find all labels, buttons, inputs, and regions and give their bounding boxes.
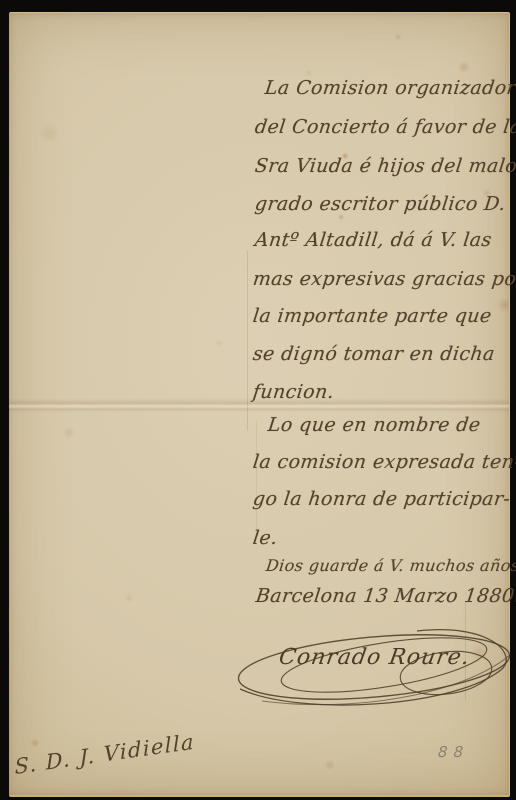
letter-line: del Concierto á favor de la xyxy=(254,116,516,138)
letter-line: La Comision organizadora xyxy=(264,77,516,99)
letter-line: le. xyxy=(252,527,279,549)
letter-line: Antº Altadill, dá á V. las xyxy=(254,229,493,251)
letter-line: la importante parte que xyxy=(252,305,493,327)
letter-line: se dignó tomar en dicha xyxy=(252,343,497,365)
vertical-crease xyxy=(256,421,257,531)
letter-line: mas expresivas gracias por xyxy=(252,268,516,290)
letter-line: grado escritor público D. xyxy=(254,193,507,215)
scanned-letter-page: La Comision organizadora del Concierto á… xyxy=(0,0,516,800)
signature-block: Conrado Roure. xyxy=(232,615,516,719)
vertical-crease xyxy=(247,251,248,431)
paper-sheet: La Comision organizadora del Concierto á… xyxy=(9,12,510,797)
letter-line: Dios guarde á V. muchos años xyxy=(265,556,516,575)
letter-line: la comision expresada ten- xyxy=(252,451,516,473)
letter-line: Lo que en nombre de xyxy=(267,414,482,436)
folio-number: 88 xyxy=(437,743,469,761)
letter-line: Sra Viuda é hijos del malo- xyxy=(254,155,516,177)
addressee-line: S. D. J. Vidiella xyxy=(14,730,195,779)
signature-name: Conrado Roure. xyxy=(230,645,516,670)
letter-line: funcion. xyxy=(252,381,336,403)
letter-line: go la honra de participar- xyxy=(252,488,512,510)
letter-line: Barcelona 13 Marzo 1880. xyxy=(255,585,516,607)
